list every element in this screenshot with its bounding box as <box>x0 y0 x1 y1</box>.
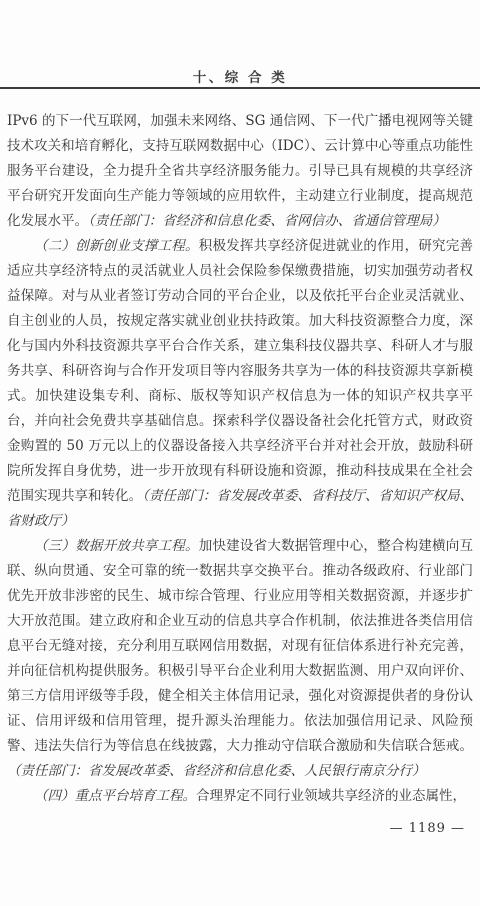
responsible-dept-note: （责任部门：省发展改革委、省经济和信息化委、人民银行南京分行） <box>7 763 426 779</box>
paragraph: （四）重点平台培育工程。合理界定不同行业领域共享经济的业态属性， <box>7 784 473 809</box>
paragraph: IPv6 的下一代互联网，加强未来网络、SG 通信网、下一代广播电视网等关键技术… <box>7 109 473 234</box>
document-body: IPv6 的下一代互联网，加强未来网络、SG 通信网、下一代广播电视网等关键技术… <box>7 109 473 809</box>
page-header: 十、综 合 类 <box>0 66 480 86</box>
document-page: 十、综 合 类 IPv6 的下一代互联网，加强未来网络、SG 通信网、下一代广播… <box>0 0 480 906</box>
responsible-dept-note: （责任部门：省经济和信息化委、省网信办、省通信管理局） <box>88 213 446 229</box>
page-title: 十、综 合 类 <box>193 70 287 86</box>
paragraph-heading: （四）重点平台培育工程。 <box>34 788 196 804</box>
paragraph-text: IPv6 的下一代互联网，加强未来网络、SG 通信网、下一代广播电视网等关键技术… <box>7 113 473 229</box>
paragraph-text: 合理界定不同行业领域共享经济的业态属性， <box>196 788 466 804</box>
header-rule <box>0 87 480 89</box>
paragraph: （二）创新创业支撑工程。积极发挥共享经济促进就业的作用，研究完善适应共享经济特点… <box>7 234 473 534</box>
paragraph: （三）数据开放共享工程。加快建设省大数据管理中心，整合构建横向互联、纵向贯通、安… <box>7 534 473 784</box>
page-number: — 1189 — <box>390 821 465 836</box>
paragraph-text: 加快建设省大数据管理中心，整合构建横向互联、纵向贯通、安全可靠的统一数据共享交换… <box>7 538 473 754</box>
paragraph-heading: （二）创新创业支撑工程。 <box>34 238 199 254</box>
paragraph-text: 积极发挥共享经济促进就业的作用，研究完善适应共享经济特点的灵活就业人员社会保险参… <box>7 238 473 504</box>
paragraph-heading: （三）数据开放共享工程。 <box>34 538 199 554</box>
